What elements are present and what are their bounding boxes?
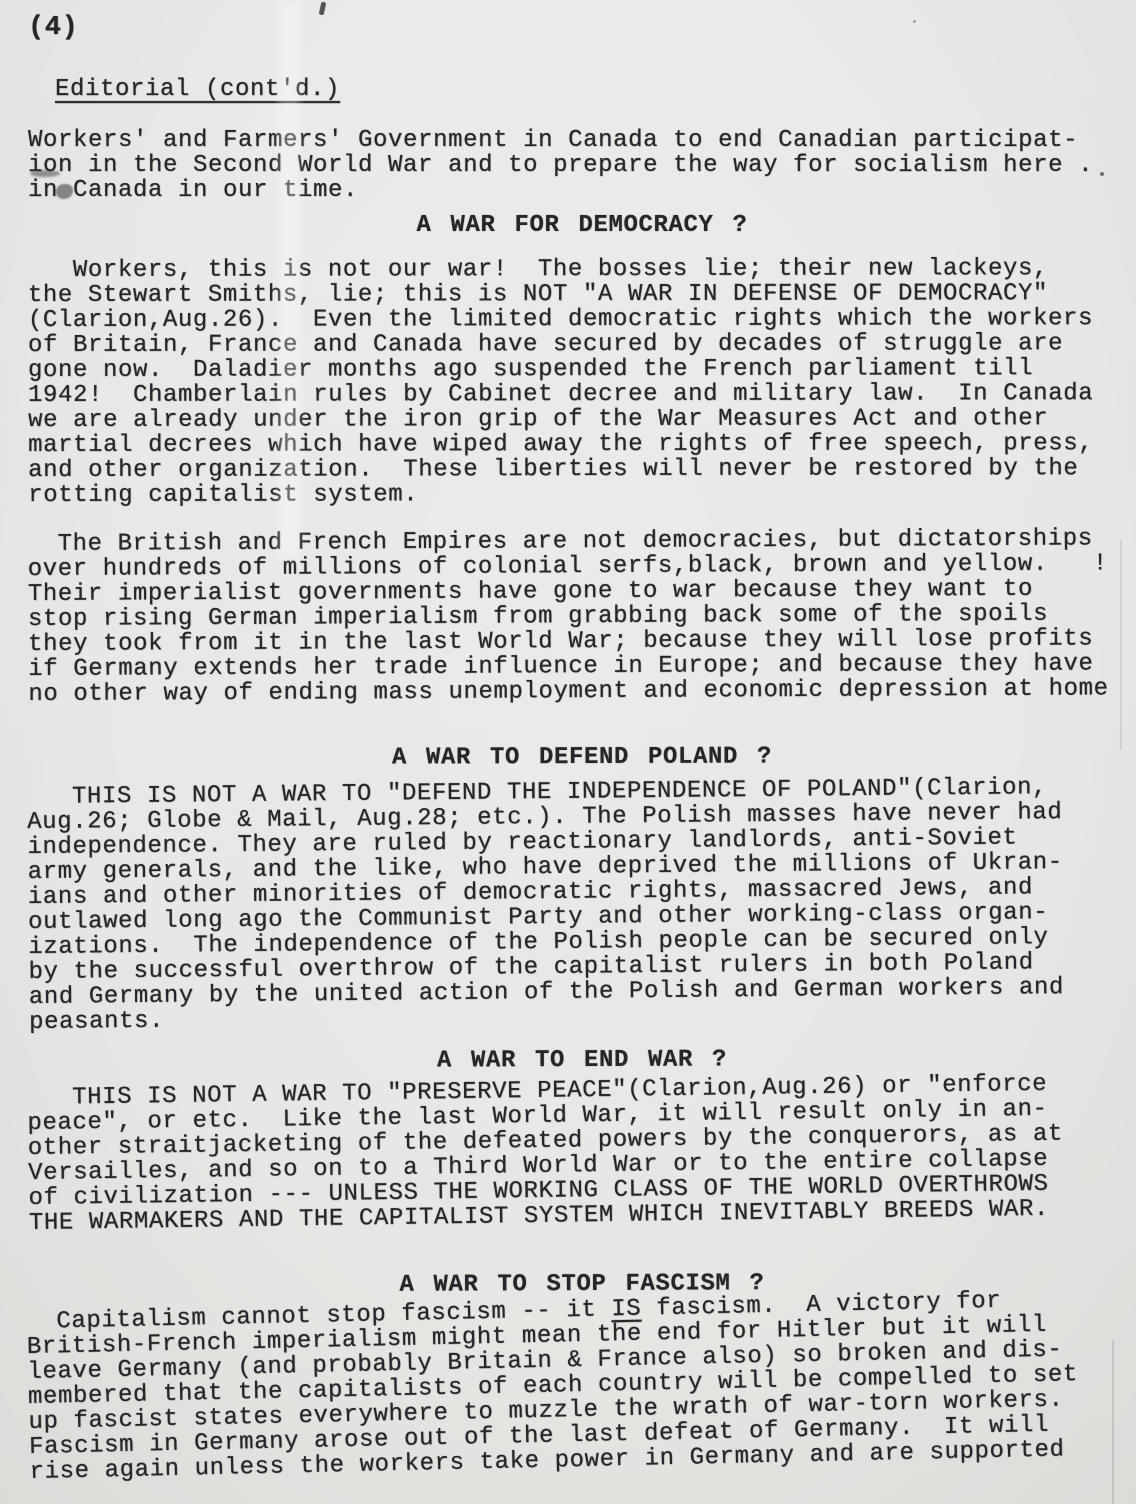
page-number: (4)	[28, 16, 1136, 41]
paragraph-fascism: Capitalism cannot stop fascism -- it IS …	[26, 1286, 1136, 1485]
intro-paragraph: Workers' and Farmers' Government in Cana…	[28, 128, 1136, 203]
page-content: (4) Editorial (cont'd.) Workers' and Far…	[0, 0, 1136, 1485]
paragraph-poland: THIS IS NOT A WAR TO "DEFEND THE INDEPEN…	[27, 774, 1136, 1035]
section-title-war-for-democracy: A WAR FOR DEMOCRACY ?	[28, 213, 1136, 238]
scanned-editorial-page: (4) Editorial (cont'd.) Workers' and Far…	[0, 0, 1136, 1504]
section-title-war-to-defend-poland: A WAR TO DEFEND POLAND ?	[28, 744, 1136, 772]
paragraph-fascism-emphasis: IS	[611, 1296, 642, 1324]
paragraph-democracy-1: Workers, this is not our war! The bosses…	[28, 256, 1136, 508]
paragraph-democracy-2: The British and French Empires are not d…	[28, 526, 1136, 707]
paragraph-end-war: THIS IS NOT A WAR TO "PRESERVE PEACE"(Cl…	[27, 1071, 1136, 1236]
section-title-war-to-end-war: A WAR TO END WAR ?	[28, 1046, 1136, 1075]
editorial-heading: Editorial (cont'd.)	[55, 77, 1136, 102]
